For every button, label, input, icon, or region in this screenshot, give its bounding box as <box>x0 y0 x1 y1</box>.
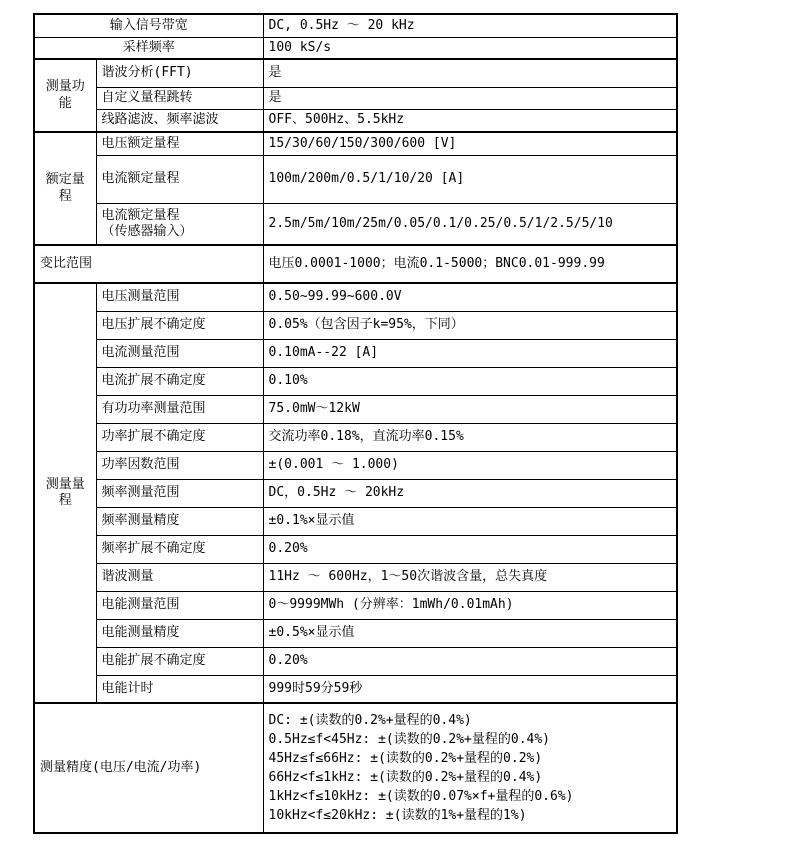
label-ratio-range: 变比范围 <box>34 245 263 283</box>
accuracy-line: 0.5Hz≤f<45Hz: ±(读数的0.2%+量程的0.4%) <box>269 730 671 749</box>
range-row-value: 999时59分59秒 <box>263 675 677 703</box>
group-header-measure-functions: 测量功能 <box>34 59 96 132</box>
rated-row-value: 100m/200m/0.5/1/10/20 [A] <box>263 155 677 203</box>
row-current-measure-range: 电流测量范围 0.10mA--22 [A] <box>34 339 677 367</box>
range-row-label: 频率测量精度 <box>96 507 263 535</box>
function-row-value: OFF、500Hz、5.5kHz <box>263 109 677 132</box>
range-row-label: 电压扩展不确定度 <box>96 311 263 339</box>
label-input-bandwidth: 输入信号带宽 <box>34 14 263 37</box>
row-frequency-measure-range: 频率测量范围 DC，0.5Hz ～ 20kHz <box>34 479 677 507</box>
accuracy-line: 1kHz<f≤10kHz: ±(读数的0.07%×f+量程的0.6%) <box>269 787 671 806</box>
value-input-bandwidth: DC, 0.5Hz ～ 20 kHz <box>263 14 677 37</box>
range-row-label: 频率扩展不确定度 <box>96 535 263 563</box>
range-row-value: ±(0.001 ～ 1.000) <box>263 451 677 479</box>
accuracy-line: 10kHz<f≤20kHz: ±(读数的1%+量程的1%) <box>269 806 671 825</box>
row-voltage-rated-range: 额定量程 电压额定量程 15/30/60/150/300/600 [V] <box>34 132 677 155</box>
row-line-freq-filter: 线路滤波、频率滤波 OFF、500Hz、5.5kHz <box>34 109 677 132</box>
range-row-value: ±0.5%×显示值 <box>263 619 677 647</box>
row-harmonic-measure: 谐波测量 11Hz ～ 600Hz，1～50次谐波含量，总失真度 <box>34 563 677 591</box>
function-row-label: 谐波分析(FFT) <box>96 59 263 87</box>
row-current-expanded-uncertainty: 电流扩展不确定度 0.10% <box>34 367 677 395</box>
range-row-label: 电流扩展不确定度 <box>96 367 263 395</box>
label-measure-accuracy: 测量精度(电压/电流/功率) <box>34 703 263 833</box>
range-row-label: 电压测量范围 <box>96 283 263 311</box>
range-row-label: 谐波测量 <box>96 563 263 591</box>
range-row-label: 功率因数范围 <box>96 451 263 479</box>
function-row-label: 线路滤波、频率滤波 <box>96 109 263 132</box>
function-row-value: 是 <box>263 59 677 87</box>
range-row-value: 75.0mW～12kW <box>263 395 677 423</box>
value-ratio-range: 电压0.0001-1000；电流0.1-5000；BNC0.01-999.99 <box>263 245 677 283</box>
rated-row-value: 15/30/60/150/300/600 [V] <box>263 132 677 155</box>
range-row-label: 功率扩展不确定度 <box>96 423 263 451</box>
range-row-value: 交流功率0.18%，直流功率0.15% <box>263 423 677 451</box>
row-current-rated-range-sensor: 电流额定量程 （传感器输入） 2.5m/5m/10m/25m/0.05/0.1/… <box>34 203 677 245</box>
rated-row-label: 电压额定量程 <box>96 132 263 155</box>
label-sampling-rate: 采样频率 <box>34 37 263 59</box>
row-current-rated-range: 电流额定量程 100m/200m/0.5/1/10/20 [A] <box>34 155 677 203</box>
range-row-value: 0.20% <box>263 535 677 563</box>
accuracy-line: 45Hz≤f≤66Hz: ±(读数的0.2%+量程的0.2%) <box>269 749 671 768</box>
rated-row-label: 电流额定量程 （传感器输入） <box>96 203 263 245</box>
row-active-power-range: 有功功率测量范围 75.0mW～12kW <box>34 395 677 423</box>
row-harmonic-analysis: 测量功能 谐波分析(FFT) 是 <box>34 59 677 87</box>
range-row-label: 有功功率测量范围 <box>96 395 263 423</box>
row-frequency-accuracy: 频率测量精度 ±0.1%×显示值 <box>34 507 677 535</box>
range-row-value: DC，0.5Hz ～ 20kHz <box>263 479 677 507</box>
row-voltage-expanded-uncertainty: 电压扩展不确定度 0.05%（包含因子k=95%，下同） <box>34 311 677 339</box>
row-frequency-expanded-uncertainty: 频率扩展不确定度 0.20% <box>34 535 677 563</box>
row-energy-measure-range: 电能测量范围 0～9999MWh (分辨率：1mWh/0.01mAh) <box>34 591 677 619</box>
range-row-label: 电能扩展不确定度 <box>96 647 263 675</box>
row-power-expanded-uncertainty: 功率扩展不确定度 交流功率0.18%，直流功率0.15% <box>34 423 677 451</box>
range-row-value: 0.10% <box>263 367 677 395</box>
row-power-factor-range: 功率因数范围 ±(0.001 ～ 1.000) <box>34 451 677 479</box>
row-energy-accuracy: 电能测量精度 ±0.5%×显示值 <box>34 619 677 647</box>
range-row-value: 0～9999MWh (分辨率：1mWh/0.01mAh) <box>263 591 677 619</box>
value-measure-accuracy: DC: ±(读数的0.2%+量程的0.4%) 0.5Hz≤f<45Hz: ±(读… <box>263 703 677 833</box>
range-row-value: 11Hz ～ 600Hz，1～50次谐波含量，总失真度 <box>263 563 677 591</box>
range-row-value: ±0.1%×显示值 <box>263 507 677 535</box>
group-header-measure-ranges: 测量量程 <box>34 283 96 703</box>
spec-table: 输入信号带宽 DC, 0.5Hz ～ 20 kHz 采样频率 100 kS/s … <box>33 13 678 834</box>
range-row-label: 电能计时 <box>96 675 263 703</box>
range-row-label: 频率测量范围 <box>96 479 263 507</box>
row-voltage-measure-range: 测量量程 电压测量范围 0.50~99.99~600.0V <box>34 283 677 311</box>
accuracy-line: DC: ±(读数的0.2%+量程的0.4%) <box>269 711 671 730</box>
rated-row-label: 电流额定量程 <box>96 155 263 203</box>
row-energy-expanded-uncertainty: 电能扩展不确定度 0.20% <box>34 647 677 675</box>
value-sampling-rate: 100 kS/s <box>263 37 677 59</box>
accuracy-line: 66Hz<f≤1kHz: ±(读数的0.2%+量程的0.4%) <box>269 768 671 787</box>
range-row-label: 电能测量范围 <box>96 591 263 619</box>
row-measure-accuracy: 测量精度(电压/电流/功率) DC: ±(读数的0.2%+量程的0.4%) 0.… <box>34 703 677 833</box>
row-custom-range-jump: 自定义量程跳转 是 <box>34 87 677 109</box>
function-row-label: 自定义量程跳转 <box>96 87 263 109</box>
row-input-bandwidth: 输入信号带宽 DC, 0.5Hz ～ 20 kHz <box>34 14 677 37</box>
range-row-label: 电流测量范围 <box>96 339 263 367</box>
row-energy-timer: 电能计时 999时59分59秒 <box>34 675 677 703</box>
range-row-value: 0.05%（包含因子k=95%，下同） <box>263 311 677 339</box>
range-row-value: 0.10mA--22 [A] <box>263 339 677 367</box>
group-header-rated-ranges: 额定量程 <box>34 132 96 245</box>
range-row-label: 电能测量精度 <box>96 619 263 647</box>
range-row-value: 0.20% <box>263 647 677 675</box>
function-row-value: 是 <box>263 87 677 109</box>
rated-row-value: 2.5m/5m/10m/25m/0.05/0.1/0.25/0.5/1/2.5/… <box>263 203 677 245</box>
range-row-value: 0.50~99.99~600.0V <box>263 283 677 311</box>
row-ratio-range: 变比范围 电压0.0001-1000；电流0.1-5000；BNC0.01-99… <box>34 245 677 283</box>
row-sampling-rate: 采样频率 100 kS/s <box>34 37 677 59</box>
